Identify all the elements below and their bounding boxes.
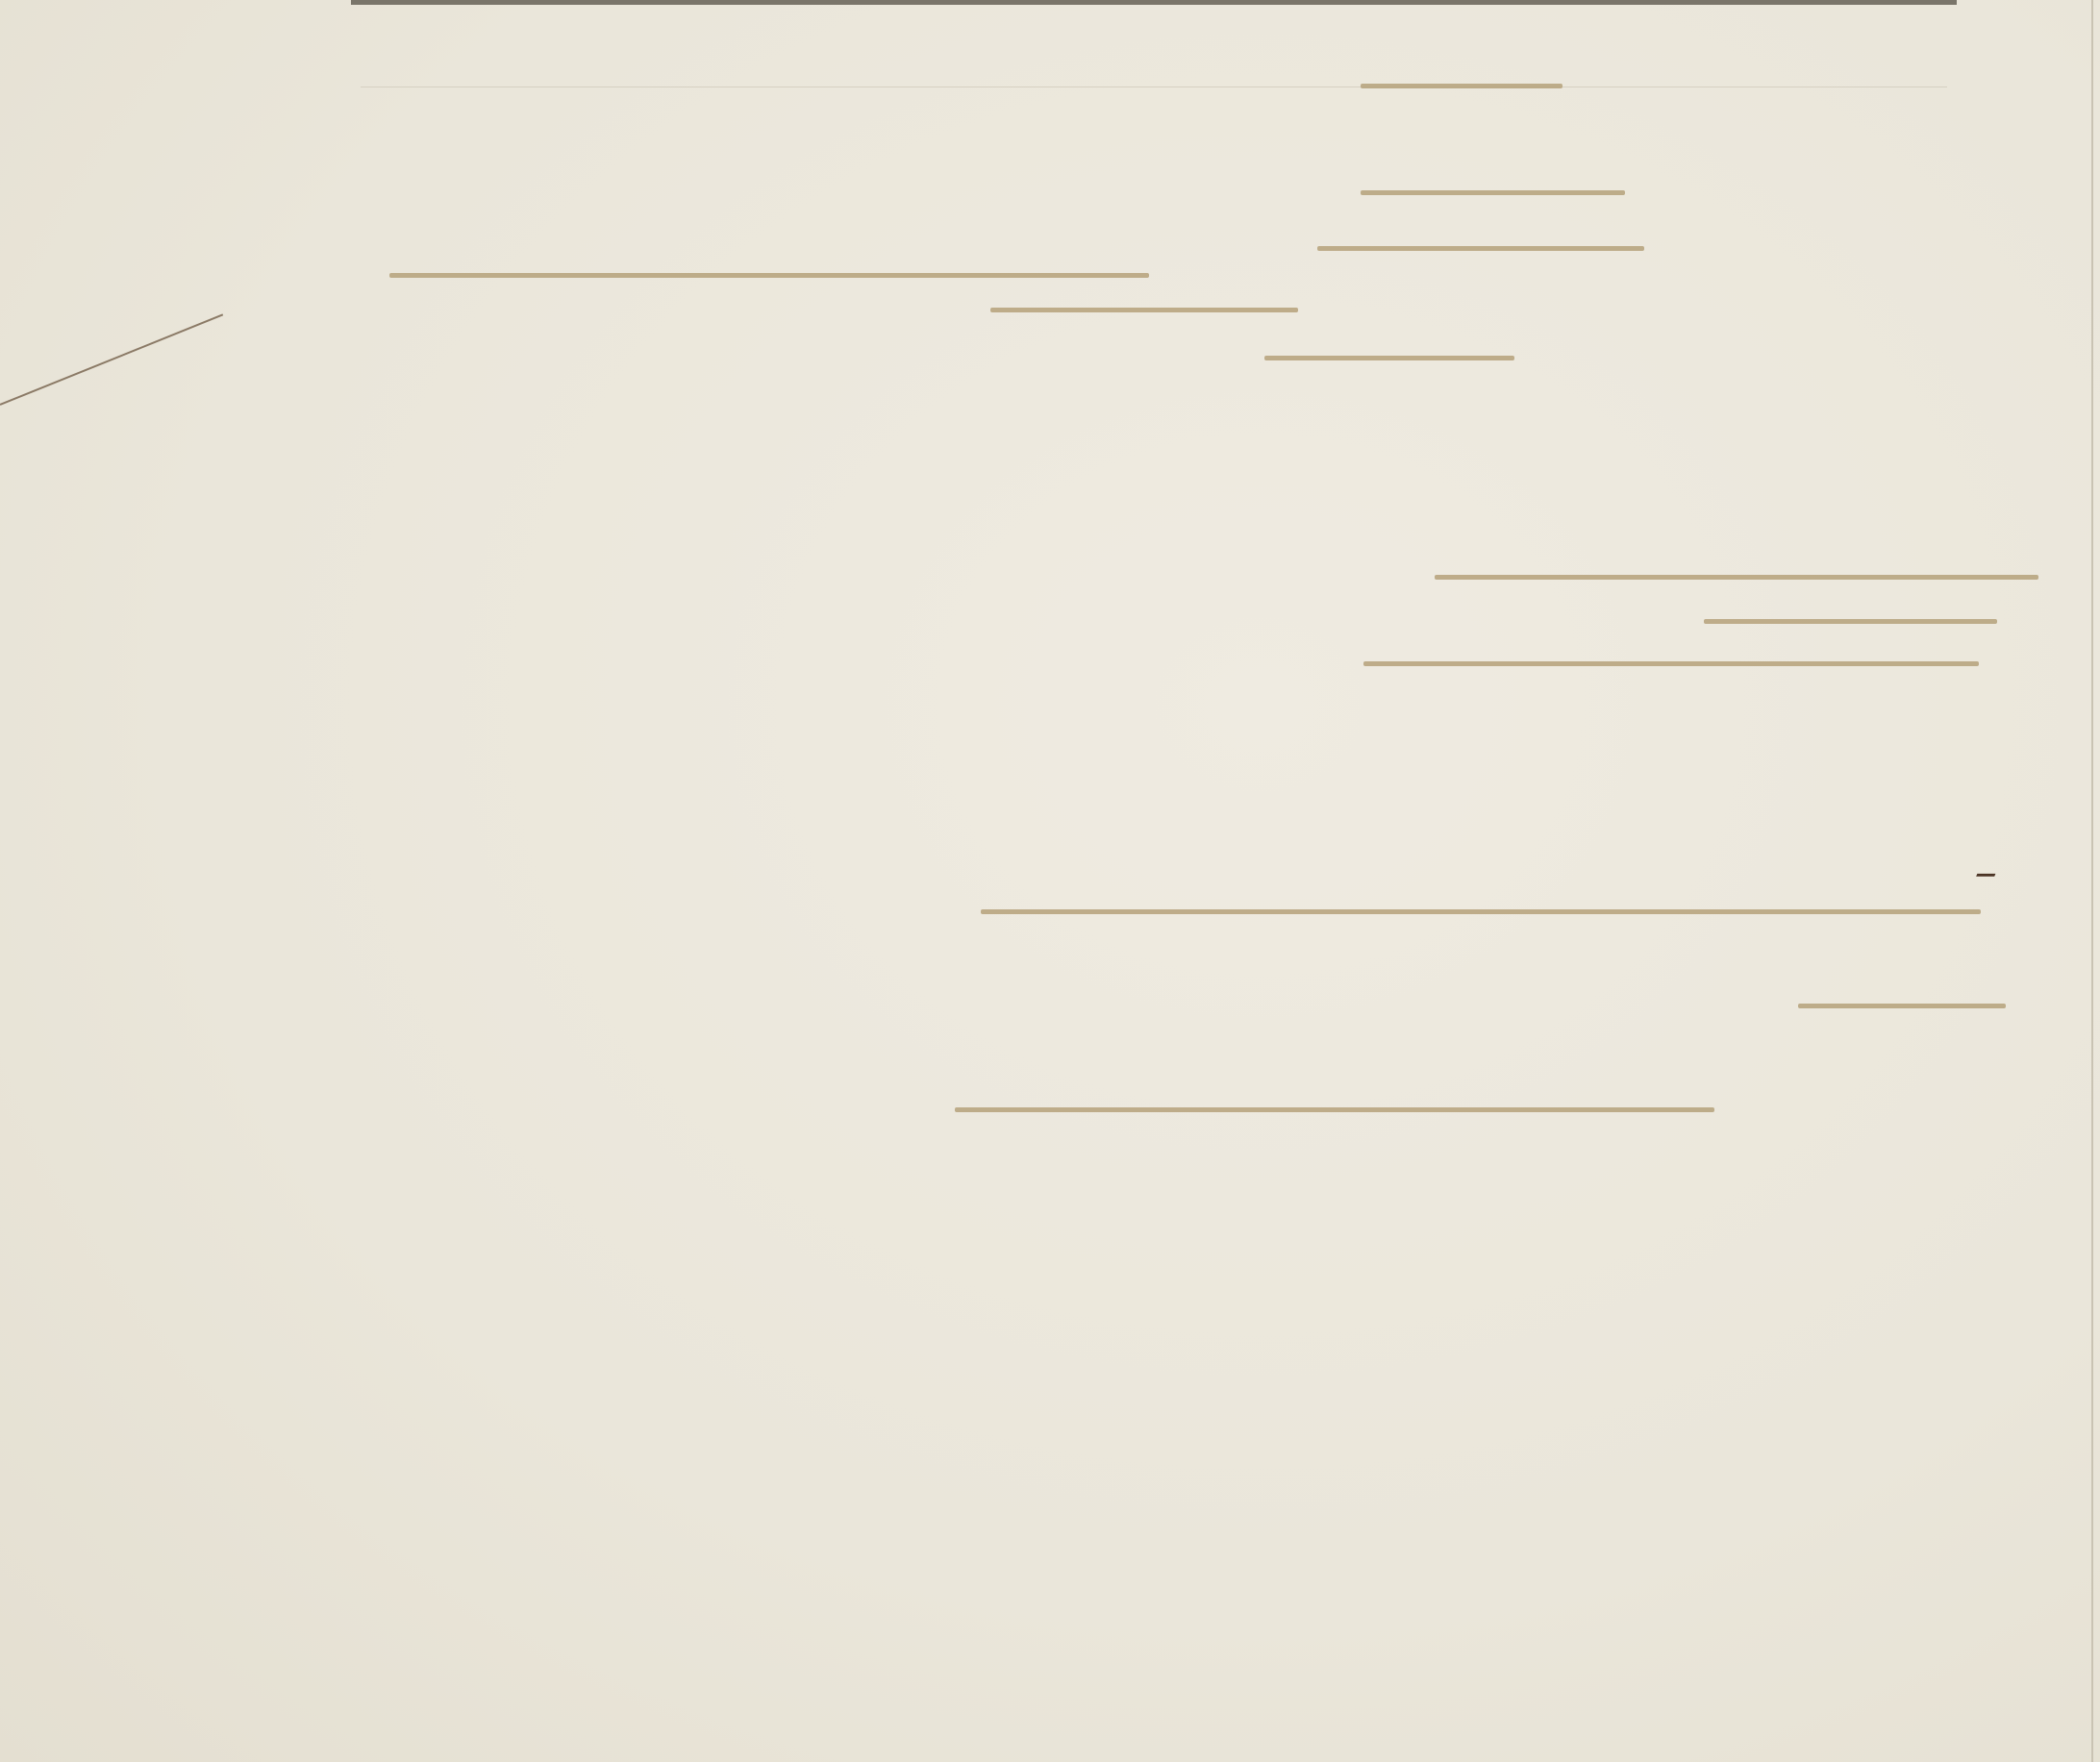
top-rule	[351, 0, 1957, 5]
filler-line	[1361, 190, 1625, 195]
document-page	[0, 0, 2100, 1762]
filler-line	[955, 1107, 1714, 1112]
page-edge	[2091, 0, 2093, 1762]
guide-line	[361, 87, 1947, 87]
filler-line	[1361, 84, 1562, 88]
filler-line	[981, 909, 1981, 914]
filler-line	[1798, 1004, 2006, 1008]
filler-line	[1264, 356, 1514, 360]
filler-line	[1363, 661, 1979, 666]
filler-line	[1317, 246, 1644, 251]
filler-line	[1435, 575, 2038, 580]
filler-line	[1704, 619, 1997, 624]
filler-line	[389, 273, 1149, 278]
filler-line	[990, 308, 1298, 312]
